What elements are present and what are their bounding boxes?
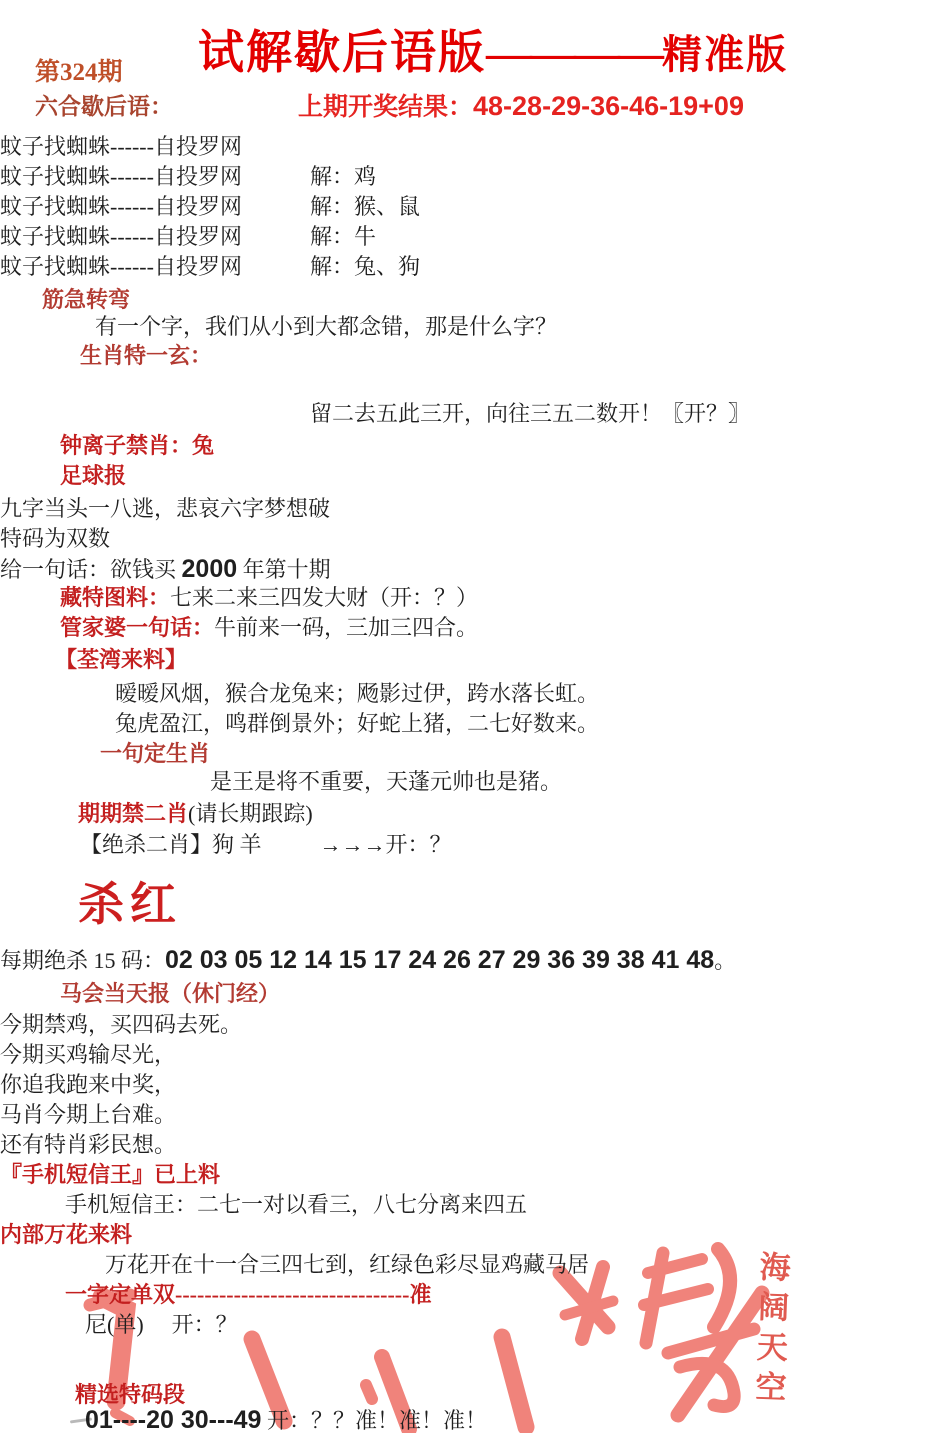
last-draw-label: 上期开奖结果： [298, 94, 473, 121]
mahui-line: 还有特肖彩民想。 [0, 1131, 176, 1159]
last-draw-result: 上期开奖结果：48-28-29-36-46-19+09 [298, 90, 744, 124]
riddle-row: 蚊子找蜘蛛------自投罗网 [0, 253, 242, 281]
kill-two-label: 【绝杀二肖】 [80, 832, 212, 857]
riddle-text: 蚊子找蜘蛛------自投罗网 [0, 254, 242, 279]
danshuang-open: 开：？ [172, 1312, 238, 1337]
danshuang-answer: 尼(单) [85, 1312, 144, 1337]
watermark-char: 海 [754, 1247, 795, 1288]
quanwan-line1: 暧暧风烟，猴合龙兔来；飏影过伊，跨水落长虹。 [115, 680, 599, 708]
riddle-answer: 解：猴、鼠 [310, 193, 420, 221]
tema-duan-open-text: 开：？？准！准！准！ [267, 1408, 487, 1433]
watermark-char: 天 [752, 1327, 793, 1368]
watermark-char: 阔 [753, 1287, 794, 1328]
lottery-tip-sheet: 海 阔 天 空 试解歇后语版————精准版 第324期 六合歇后语： 上期开奖结… [0, 0, 950, 1433]
riddle-row: 蚊子找蜘蛛------自投罗网 [0, 163, 242, 191]
guanjiapo-line: 管家婆一句话：牛前来一码，三加三四合。 [60, 614, 478, 642]
tema-duan-ranges: 01----20 30---49 [85, 1406, 261, 1433]
guanjiapo-label: 管家婆一句话： [60, 615, 214, 640]
one-sentence-text: 是王是将不重要，天蓬元帅也是猪。 [210, 768, 562, 796]
title-main: 试解歇后语版 [198, 27, 486, 78]
kill-two-arrows: →→→ [320, 832, 386, 857]
mahui-line: 今期禁鸡，买四码去死。 [0, 1011, 242, 1039]
kill-two-open: 开：？ [386, 832, 452, 857]
title-sub: 精准版 [662, 32, 788, 77]
ban-two-line: 期期禁二肖(请长期跟踪) [78, 800, 313, 828]
riddle-row: 蚊子找蜘蛛------自投罗网 [0, 193, 242, 221]
danshuang-dashes: -------------------------------- [175, 1282, 409, 1307]
wanhua-text: 万花开在十一合三四七到，红绿色彩尽显鸡藏马居 [105, 1251, 589, 1279]
danshuang-line: 一字定单双--------------------------------准 [65, 1281, 431, 1309]
riddle-answer: 解：鸡 [310, 163, 376, 191]
vertical-watermark-text: 海 阔 天 空 [750, 1247, 796, 1408]
riddle-text: 蚊子找蜘蛛------自投罗网 [0, 134, 242, 159]
danshuang-label: 一字定单双 [65, 1282, 175, 1307]
kill-two-animals: 狗 羊 [212, 832, 262, 857]
riddle-answer: 解：牛 [310, 223, 376, 251]
mahui-line: 马肖今期上台难。 [0, 1101, 176, 1129]
riddle-answer: 解：兔、狗 [310, 253, 420, 281]
football-line3-prefix: 给一句话：欲钱买 [0, 557, 182, 582]
category-label: 六合歇后语： [35, 93, 173, 122]
tema-duan-open: 开：？？准！准！准！ [261, 1408, 487, 1433]
football-report-label: 足球报 [60, 462, 126, 490]
mahui-line: 今期买鸡输尽光， [0, 1041, 176, 1069]
danshuang-answer-line: 尼(单)开：？ [85, 1311, 238, 1339]
one-sentence-label: 一句定生肖 [100, 740, 210, 768]
mahui-label: 马会当天报（休门经） [60, 980, 280, 1008]
kill-numbers-label: 每期绝杀 15 码： [0, 948, 165, 973]
riddle-text: 蚊子找蜘蛛------自投罗网 [0, 224, 242, 249]
riddle-row: 蚊子找蜘蛛------自投罗网 [0, 223, 242, 251]
zodiac-special-hint: 留二去五此三开，向往三五二数开！〖开？〗 [310, 400, 750, 428]
ban-two-label: 期期禁二肖 [78, 801, 188, 826]
kill-numbers: 02 03 05 12 14 15 17 24 26 27 29 36 39 3… [165, 946, 714, 974]
danshuang-suffix: 准 [409, 1282, 431, 1307]
brain-teaser-question: 有一个字，我们从小到大都念错，那是什么字？ [95, 313, 557, 341]
kill-two-line: 【绝杀二肖】狗 羊→→→开：？ [80, 831, 452, 859]
mahui-line: 你追我跑来中奖， [0, 1071, 176, 1099]
cangte-line: 藏特图料：七来二来三四发大财（开：？） [60, 584, 478, 612]
issue-number: 第324期 [35, 57, 123, 88]
football-line3: 给一句话：欲钱买 2000 年第十期 [0, 554, 331, 585]
title-dashes: ———— [486, 27, 662, 78]
quanwan-label: 【荃湾来料】 [55, 646, 187, 674]
zhongli-ban-line: 钟离子禁肖：兔 [60, 432, 214, 460]
football-line1: 九字当头一八逃，悲哀六字梦想破 [0, 495, 330, 523]
sms-king-label: 『手机短信王』已上料 [0, 1161, 220, 1189]
wanhua-label: 内部万花来料 [0, 1221, 132, 1249]
page-title: 试解歇后语版————精准版 [198, 24, 788, 82]
kill-numbers-period: 。 [714, 948, 736, 973]
guanjiapo-text: 牛前来一码，三加三四合。 [214, 615, 478, 640]
tema-duan-line: 01----20 30---49 开：？？准！准！准！ [85, 1405, 487, 1433]
football-line3-year: 2000 [182, 555, 238, 583]
watermark-char: 空 [750, 1367, 791, 1408]
quanwan-line2: 兔虎盈江，鸣群倒景外；好蛇上猪，二七好数来。 [115, 710, 599, 738]
riddle-text: 蚊子找蜘蛛------自投罗网 [0, 194, 242, 219]
sms-king-text: 手机短信王：二七一对以看三，八七分离来四五 [65, 1191, 527, 1219]
riddle-text: 蚊子找蜘蛛------自投罗网 [0, 164, 242, 189]
cangte-label: 藏特图料： [60, 585, 170, 610]
riddle-row: 蚊子找蜘蛛------自投罗网 [0, 133, 242, 161]
ban-two-note: (请长期跟踪) [188, 801, 313, 826]
zodiac-special-label: 生肖特一玄： [80, 342, 212, 370]
sha-hong-title: 杀红 [78, 876, 182, 934]
football-line2: 特码为双数 [0, 525, 110, 553]
football-line3-suffix: 年第十期 [237, 557, 331, 582]
kill-numbers-line: 每期绝杀 15 码：02 03 05 12 14 15 17 24 26 27 … [0, 945, 736, 976]
cangte-text: 七来二来三四发大财（开：？） [170, 585, 478, 610]
last-draw-numbers: 48-28-29-36-46-19+09 [473, 91, 744, 121]
brain-teaser-label: 筋急转弯 [42, 286, 130, 314]
